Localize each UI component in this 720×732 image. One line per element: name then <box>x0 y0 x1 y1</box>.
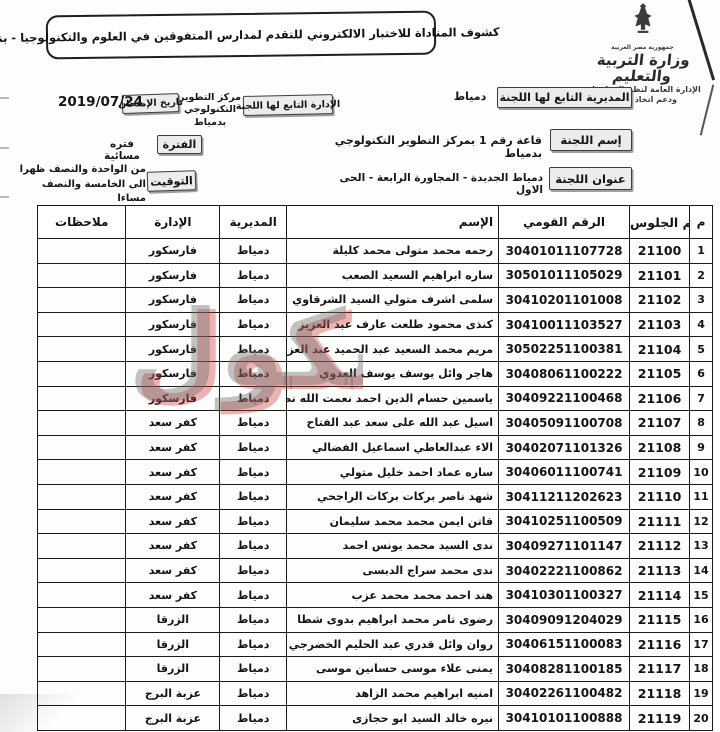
cell-no: 5 <box>690 337 713 362</box>
cell-notes <box>38 288 126 313</box>
scan-mark <box>0 196 9 198</box>
cell-seat: 21109 <box>630 460 690 485</box>
cell-name: مريم محمد السعيد عبد الحميد عبد العزيز ن… <box>287 337 499 362</box>
cell-notes <box>38 509 126 534</box>
cell-notes <box>38 706 126 731</box>
cell-directorate: دمياط <box>220 706 287 731</box>
table-row: 32110230410201101008سلمى اشرف متولي السي… <box>38 288 713 313</box>
cell-no: 20 <box>690 706 713 731</box>
cell-no: 17 <box>690 632 713 657</box>
document-title-box: كشوف المناداة للاختبار الالكتروني للتقدم… <box>46 11 437 60</box>
cell-directorate: دمياط <box>220 386 287 411</box>
cell-seat: 21117 <box>630 657 690 682</box>
cell-nid: 30410201101008 <box>499 288 630 313</box>
exam-date-value: 2019/07/24 <box>58 94 118 110</box>
table-row: 92110830402071101326الاء عبدالعاطي اسماع… <box>38 435 713 460</box>
cell-name: ياسمين حسام الدين احمد نعمت الله نصير <box>287 386 499 411</box>
cell-notes <box>38 607 126 632</box>
table-row: 82110730405091100708اسيل عبد الله على سع… <box>38 411 713 436</box>
table-row: 152111430410301100327هند احمد محمد محمد … <box>38 583 713 608</box>
cell-admin: كفر سعد <box>126 435 220 460</box>
cell-directorate: دمياط <box>220 337 287 362</box>
cell-directorate: دمياط <box>220 632 287 657</box>
cell-name: ساره ابراهيم السعيد الصعب <box>287 263 499 288</box>
cell-seat: 21110 <box>630 484 690 509</box>
cell-directorate: دمياط <box>220 681 287 706</box>
period-label-box: الفترة <box>157 135 202 154</box>
cell-name: شهد ناصر بركات بركات الراجحي <box>287 484 499 509</box>
cell-nid: 30409221100468 <box>499 386 630 411</box>
cell-no: 10 <box>690 460 713 485</box>
cell-nid: 30402261100482 <box>499 681 630 706</box>
cell-nid: 30406011100741 <box>499 460 630 485</box>
cell-nid: 30402071101326 <box>499 435 630 460</box>
cell-name: فاتن ايمن محمد محمد سليمان <box>287 509 499 534</box>
timing-label-box: التوقيت <box>147 170 197 192</box>
cell-directorate: دمياط <box>220 657 287 682</box>
cell-nid: 30405091100708 <box>499 411 630 436</box>
table-row: 172111630406151100083روان وائل قدري عبد … <box>38 632 713 657</box>
cell-nid: 30410011103527 <box>499 312 630 337</box>
cell-name: سلمى اشرف متولي السيد الشرقاوي <box>287 288 499 313</box>
cell-directorate: دمياط <box>220 312 287 337</box>
cell-directorate: دمياط <box>220 435 287 460</box>
table-row: 12110030401011107728رحمه محمد متولى محمد… <box>38 239 713 264</box>
cell-admin: كفر سعد <box>126 460 220 485</box>
cell-seat: 21115 <box>630 607 690 632</box>
cell-no: 6 <box>690 361 713 386</box>
cell-seat: 21108 <box>630 435 690 460</box>
cell-nid: 30401011107728 <box>499 239 630 264</box>
cell-directorate: دمياط <box>220 460 287 485</box>
cell-seat: 21103 <box>630 312 690 337</box>
cell-admin: فارسكور <box>126 386 220 411</box>
header-admin: الإدارة <box>126 206 220 239</box>
cell-seat: 21102 <box>630 288 690 313</box>
cell-admin: الزرقا <box>126 607 220 632</box>
cell-seat: 21119 <box>630 706 690 731</box>
timing-value: من الواحدة والنصف ظهرا الى الخامسة والنص… <box>12 163 146 207</box>
ministry-name: وزارة التربية والتعليم <box>573 53 711 85</box>
cell-nid: 30409091204029 <box>499 607 630 632</box>
table-row: 72110630409221100468ياسمين حسام الدين اح… <box>38 386 713 411</box>
cell-nid: 30410251100509 <box>499 509 630 534</box>
cell-seat: 21107 <box>630 411 690 436</box>
cell-directorate: دمياط <box>220 607 287 632</box>
republic-label: جمهورية مصر العربية <box>611 44 674 51</box>
cell-admin: فارسكور <box>126 263 220 288</box>
roster-table-header: م رقم الجلوس الرقم القومي الإسم المديرية… <box>38 206 713 239</box>
cell-nid: 30408061100222 <box>499 361 630 386</box>
cell-notes <box>38 312 126 337</box>
table-row: 202111930410101100888نيره خالد السيد ابو… <box>38 706 713 731</box>
cell-name: اسيل عبد الله على سعد عبد الفتاح <box>287 411 499 436</box>
cell-nid: 30410301100327 <box>499 583 630 608</box>
cell-seat: 21100 <box>630 239 690 264</box>
cell-no: 11 <box>690 484 713 509</box>
cell-directorate: دمياط <box>220 263 287 288</box>
table-row: 132111230409271101147ندى السيد محمد يونس… <box>38 534 713 559</box>
table-row: 162111530409091204029رضوى تامر محمد ابرا… <box>38 607 713 632</box>
cell-name: الاء عبدالعاطي اسماعيل الفضالي <box>287 435 499 460</box>
cell-seat: 21105 <box>630 361 690 386</box>
header-directorate: المديرية <box>220 206 287 239</box>
table-row: 52110430502251100381مريم محمد السعيد عبد… <box>38 337 713 362</box>
cell-admin: كفر سعد <box>126 509 220 534</box>
cell-name: امنيه ابراهيم محمد الزاهد <box>287 681 499 706</box>
cell-seat: 21118 <box>630 681 690 706</box>
document-title: كشوف المناداة للاختبار الالكتروني للتقدم… <box>0 25 500 45</box>
cell-no: 4 <box>690 312 713 337</box>
cell-no: 14 <box>690 558 713 583</box>
cell-name: هند احمد محمد محمد عزب <box>287 583 499 608</box>
cell-admin: فارسكور <box>126 312 220 337</box>
cell-admin: فارسكور <box>126 337 220 362</box>
scan-mark <box>0 147 9 149</box>
cell-admin: كفر سعد <box>126 583 220 608</box>
directorate-label-box: المديرية التابع لها اللجنة <box>497 87 632 108</box>
cell-directorate: دمياط <box>220 509 287 534</box>
cell-name: هاجر وائل يوسف يوسف العدوي <box>287 361 499 386</box>
scanned-document-page: جمهورية مصر العربية وزارة التربية والتعل… <box>0 0 720 732</box>
cell-nid: 30411211202623 <box>499 484 630 509</box>
cell-directorate: دمياط <box>220 239 287 264</box>
cell-no: 8 <box>690 411 713 436</box>
cell-admin: كفر سعد <box>126 558 220 583</box>
cell-name: رضوى تامر محمد ابراهيم بدوى شطا <box>287 607 499 632</box>
table-row: 62110530408061100222هاجر وائل يوسف يوسف … <box>38 361 713 386</box>
admin-label-box: الإدارة التابع لها اللجنة <box>243 94 333 116</box>
cell-no: 12 <box>690 509 713 534</box>
cell-no: 16 <box>690 607 713 632</box>
roster-table-body: 12110030401011107728رحمه محمد متولى محمد… <box>38 239 713 731</box>
cell-directorate: دمياط <box>220 411 287 436</box>
cell-seat: 21106 <box>630 386 690 411</box>
cell-admin: فارسكور <box>126 239 220 264</box>
table-row: 192111830402261100482امنيه ابراهيم محمد … <box>38 681 713 706</box>
header-row-number: م <box>690 206 713 239</box>
header-seat-number: رقم الجلوس <box>630 206 690 239</box>
cell-notes <box>38 558 126 583</box>
cell-admin: كفر سعد <box>126 534 220 559</box>
egypt-eagle-emblem-icon <box>630 2 656 34</box>
table-row: 142111330402221100862ندى محمد سراج الدبس… <box>38 558 713 583</box>
directorate-value: دمياط <box>448 90 492 103</box>
cell-directorate: دمياط <box>220 484 287 509</box>
admin-value: مركز التطوير التكنولوجي بدمياط <box>178 92 242 129</box>
cell-notes <box>38 361 126 386</box>
cell-no: 15 <box>690 583 713 608</box>
committee-name-label-box: إسم اللجنة <box>550 129 632 151</box>
cell-name: ندى السيد محمد يونس احمد <box>287 534 499 559</box>
table-row: 122111130410251100509فاتن ايمن محمد محمد… <box>38 509 713 534</box>
table-row: 42110330410011103527كنذى محمود طلعت عارف… <box>38 312 713 337</box>
header-notes: ملاحظات <box>38 206 126 239</box>
cell-notes <box>38 583 126 608</box>
cell-no: 2 <box>690 263 713 288</box>
cell-notes <box>38 460 126 485</box>
cell-notes <box>38 632 126 657</box>
cell-seat: 21101 <box>630 263 690 288</box>
cell-name: يمنى علاء موسى حسانين موسى <box>287 657 499 682</box>
cell-nid: 30402221100862 <box>499 558 630 583</box>
cell-notes <box>38 534 126 559</box>
cell-seat: 21104 <box>630 337 690 362</box>
cell-notes <box>38 337 126 362</box>
cell-notes <box>38 484 126 509</box>
cell-no: 19 <box>690 681 713 706</box>
roster-table: م رقم الجلوس الرقم القومي الإسم المديرية… <box>37 205 713 731</box>
table-row: 182111730408281100185يمنى علاء موسى حسان… <box>38 657 713 682</box>
table-row: 22110130501011105029ساره ابراهيم السعيد … <box>38 263 713 288</box>
cell-directorate: دمياط <box>220 361 287 386</box>
cell-nid: 30408281100185 <box>499 657 630 682</box>
cell-seat: 21114 <box>630 583 690 608</box>
cell-no: 7 <box>690 386 713 411</box>
cell-notes <box>38 239 126 264</box>
cell-admin: فارسكور <box>126 288 220 313</box>
cell-seat: 21116 <box>630 632 690 657</box>
cell-nid: 30502251100381 <box>499 337 630 362</box>
cell-seat: 21111 <box>630 509 690 534</box>
cell-no: 18 <box>690 657 713 682</box>
cell-no: 13 <box>690 534 713 559</box>
cell-admin: الزرقا <box>126 632 220 657</box>
table-row: 102110930406011100741ساره عماد احمد خليل… <box>38 460 713 485</box>
cell-notes <box>38 386 126 411</box>
cell-name: كنذى محمود طلعت عارف عبد العزيز <box>287 312 499 337</box>
cell-admin: الزرقا <box>126 657 220 682</box>
cell-no: 1 <box>690 239 713 264</box>
cell-admin: كفر سعد <box>126 411 220 436</box>
cell-directorate: دمياط <box>220 534 287 559</box>
cell-nid: 30410101100888 <box>499 706 630 731</box>
committee-name-value: قاعة رقم 1 بمركز التطوير التكنولوجي بدمي… <box>312 134 542 160</box>
cell-seat: 21112 <box>630 534 690 559</box>
cell-nid: 30409271101147 <box>499 534 630 559</box>
header-student-name: الإسم <box>287 206 499 239</box>
cell-no: 9 <box>690 435 713 460</box>
cell-name: ندى محمد سراج الدبسى <box>287 558 499 583</box>
cell-nid: 30406151100083 <box>499 632 630 657</box>
cell-admin: عزبة البرج <box>126 681 220 706</box>
cell-admin: عزبة البرج <box>126 706 220 731</box>
cell-notes <box>38 263 126 288</box>
period-value: فتره مسائية <box>92 138 152 162</box>
scan-mark <box>0 97 9 99</box>
cell-name: رحمه محمد متولى محمد كليلة <box>287 239 499 264</box>
cell-notes <box>38 435 126 460</box>
cell-notes <box>38 681 126 706</box>
cell-seat: 21113 <box>630 558 690 583</box>
table-row: 112111030411211202623شهد ناصر بركات بركا… <box>38 484 713 509</box>
committee-address-value: دمياط الجديدة - المجاورة الرابعة - الحى … <box>325 172 543 196</box>
cell-no: 3 <box>690 288 713 313</box>
cell-admin: فارسكور <box>126 361 220 386</box>
cell-admin: كفر سعد <box>126 484 220 509</box>
cell-directorate: دمياط <box>220 583 287 608</box>
cell-directorate: دمياط <box>220 558 287 583</box>
cell-name: نيره خالد السيد ابو حجازى <box>287 706 499 731</box>
header-national-id: الرقم القومي <box>499 206 630 239</box>
cell-nid: 30501011105029 <box>499 263 630 288</box>
committee-address-label-box: عنوان اللجنة <box>549 167 632 190</box>
cell-notes <box>38 411 126 436</box>
cell-name: روان وائل قدري عبد الحليم الخضرجي <box>287 632 499 657</box>
cell-directorate: دمياط <box>220 288 287 313</box>
cell-name: ساره عماد احمد خليل متولي <box>287 460 499 485</box>
cell-notes <box>38 657 126 682</box>
